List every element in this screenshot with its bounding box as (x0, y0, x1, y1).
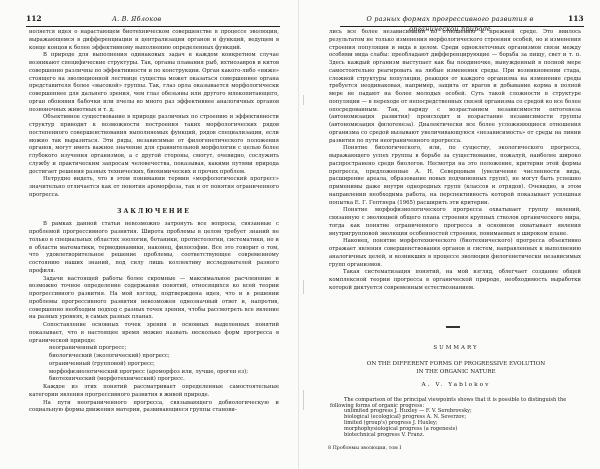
footer-signature: 8 Проблемы эволюции, том I (328, 446, 401, 451)
list-item: биологический (экологический) прогресс; (29, 353, 279, 361)
paragraph: ноляется идея о нарастающем биотехническ… (29, 29, 279, 52)
paragraph: Задачи настоящей работы более скромные —… (29, 276, 279, 323)
end-dash (446, 326, 460, 328)
paragraph: лись все более независимыми по отношению… (329, 29, 581, 145)
paragraph: Наконец, понятие морфотехнического (биот… (329, 238, 581, 269)
header-rule (340, 26, 584, 27)
right-body: лись все более независимыми по отношению… (329, 29, 581, 293)
list-item: неограниченный прогресс; (29, 345, 279, 353)
header-rule (26, 26, 280, 27)
paragraph: Сопоставление основных точек зрения и ос… (29, 322, 279, 345)
paragraph: Понятие биологического, или, по существу… (329, 145, 581, 207)
list-item: биотехнический (морфотехнический) прогре… (29, 376, 279, 384)
paragraph: В рамках данной статьи невозможно затрон… (29, 221, 279, 275)
summary-text: The comparison of the principal viewpoin… (330, 398, 582, 439)
running-head-right: О разных формах прогрессивного развития … (350, 14, 550, 24)
page-gutter (298, 0, 299, 469)
running-head-left: А. В. Яблоков (112, 14, 161, 24)
paragraph: В природе для выполнения одинаковых зада… (29, 52, 279, 114)
running-head: А. В. Яблоков (112, 15, 161, 23)
page-number-right: 113 (568, 14, 584, 24)
summary-title-line: ON THE DIFFERENT FORMS OF PROGRESSIVE EV… (330, 361, 582, 369)
section-title: ЗАКЛЮЧЕНИЕ (29, 208, 279, 216)
summary-block: SUMMARY ON THE DIFFERENT FORMS OF PROGRE… (330, 345, 582, 439)
paragraph: На пути неограниченного прогресса, связы… (29, 400, 279, 416)
left-page: 112 А. В. Яблоков ноляется идея о нараст… (0, 0, 300, 469)
summary-author: A. V. Yablokov (330, 382, 582, 388)
page-number: 113 (568, 14, 584, 23)
paragraph: Каждое из этих понятий рассматривает опр… (29, 384, 279, 400)
paragraph: Объективное существование в природе разл… (29, 114, 279, 176)
right-page: О разных формах прогрессивного развития … (300, 0, 600, 469)
paragraph: Нетрудно видеть, что в этом понимании те… (29, 176, 279, 199)
summary-title: ON THE DIFFERENT FORMS OF PROGRESSIVE EV… (330, 361, 582, 376)
left-body: ноляется идея о нарастающем биотехническ… (29, 29, 279, 415)
summary-item: biotechnical progress V. Franz. (330, 433, 582, 439)
paragraph: Такая систематизация понятий, на мой взг… (329, 269, 581, 292)
page-number-left: 112 (26, 14, 42, 24)
page-number: 112 (26, 14, 42, 23)
paragraph: Понятие морфофизиологического прогресса … (329, 207, 581, 238)
summary-title-line: IN THE ORGANIC NATURE (330, 369, 582, 377)
list-item: ограниченный (групповой) прогресс; (29, 361, 279, 369)
summary-label: SUMMARY (330, 345, 582, 351)
